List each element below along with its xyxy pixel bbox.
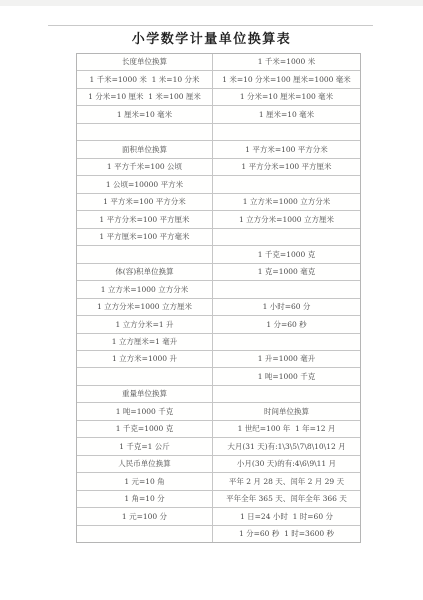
table-cell-left [77, 246, 213, 262]
table-cell-right: 平年 2 月 28 天、闰年 2 月 29 天 [213, 473, 360, 489]
table-cell-left: 1 立方厘米=1 毫升 [77, 334, 213, 350]
table-row: 长度单位换算1 千米=1000 米 [77, 54, 360, 71]
table-row: 1 厘米=10 毫米1 厘米=10 毫米 [77, 106, 360, 123]
table-row: 1 立方米=1000 立方分米 [77, 281, 360, 298]
table-row: 1 千克=1 公斤大月(31 天)有:1\3\5\7\8\10\12 月 [77, 438, 360, 455]
table-cell-right [213, 124, 360, 140]
table-cell-left: 人民币单位换算 [77, 456, 213, 472]
table-row: 1 立方厘米=1 毫升 [77, 334, 360, 351]
table-cell-left: 1 厘米=10 毫米 [77, 106, 213, 122]
table-row: 1 分米=10 厘米 1 米=100 厘米1 分米=10 厘米=100 毫米 [77, 89, 360, 106]
table-cell-right: 1 千克=1000 克 [213, 246, 360, 262]
table-row: 1 元=10 角平年 2 月 28 天、闰年 2 月 29 天 [77, 473, 360, 490]
table-cell-left: 1 吨=1000 千克 [77, 403, 213, 419]
table-row: 重量单位换算 [77, 386, 360, 403]
table-cell-left: 1 千克=1000 克 [77, 421, 213, 437]
conversion-table: 长度单位换算1 千米=1000 米1 千米=1000 米 1 米=10 分米1 … [76, 53, 361, 543]
table-cell-right: 时间单位换算 [213, 403, 360, 419]
table-cell-right: 1 立方米=1000 立方分米 [213, 194, 360, 210]
table-cell-left [77, 124, 213, 140]
table-row [77, 124, 360, 141]
table-cell-right [213, 334, 360, 350]
table-row: 1 平方米=100 平方分米1 立方米=1000 立方分米 [77, 194, 360, 211]
table-row: 1 吨=1000 千克 [77, 368, 360, 385]
table-cell-right: 1 吨=1000 千克 [213, 368, 360, 384]
table-cell-right: 1 分=60 秒 [213, 316, 360, 332]
table-cell-left: 1 平方千米=100 公顷 [77, 159, 213, 175]
table-cell-right: 大月(31 天)有:1\3\5\7\8\10\12 月 [213, 438, 360, 454]
table-cell-right: 1 克=1000 毫克 [213, 264, 360, 280]
table-row: 1 平方分米=100 平方厘米1 立方分米=1000 立方厘米 [77, 211, 360, 228]
table-row: 1 分=60 秒 1 时=3600 秒 [77, 526, 360, 542]
table-cell-right [213, 229, 360, 245]
table-cell-right: 小月(30 天)的有:4\6\9\11 月 [213, 456, 360, 472]
table-cell-right: 1 平方分米=100 平方厘米 [213, 159, 360, 175]
table-row: 1 平方千米=100 公顷1 平方分米=100 平方厘米 [77, 159, 360, 176]
table-cell-left: 1 元=100 分 [77, 508, 213, 524]
table-row: 1 立方分米=1 升1 分=60 秒 [77, 316, 360, 333]
table-cell-left: 面积单位换算 [77, 141, 213, 157]
table-cell-right: 1 立方分米=1000 立方厘米 [213, 211, 360, 227]
table-cell-right [213, 176, 360, 192]
table-cell-left: 1 千克=1 公斤 [77, 438, 213, 454]
table-cell-right: 1 升=1000 毫升 [213, 351, 360, 367]
table-cell-left: 重量单位换算 [77, 386, 213, 402]
table-row: 1 角=10 分平年全年 365 天、闰年全年 366 天 [77, 491, 360, 508]
table-row: 1 吨=1000 千克时间单位换算 [77, 403, 360, 420]
table-cell-left: 1 立方米=1000 立方分米 [77, 281, 213, 297]
table-cell-right [213, 281, 360, 297]
table-cell-left: 1 公顷=10000 平方米 [77, 176, 213, 192]
table-cell-right: 1 分=60 秒 1 时=3600 秒 [213, 526, 360, 542]
table-row: 1 千克=1000 克1 世纪=100 年 1 年=12 月 [77, 421, 360, 438]
table-cell-right: 1 千米=1000 米 [213, 54, 360, 70]
table-cell-right [213, 386, 360, 402]
table-cell-left: 1 立方分米=1000 立方厘米 [77, 299, 213, 315]
page-title: 小学数学计量单位换算表 [0, 28, 423, 47]
table-cell-left: 1 平方分米=100 平方厘米 [77, 211, 213, 227]
table-row: 人民币单位换算小月(30 天)的有:4\6\9\11 月 [77, 456, 360, 473]
table-cell-left: 1 千米=1000 米 1 米=10 分米 [77, 71, 213, 87]
table-row: 1 立方分米=1000 立方厘米1 小时=60 分 [77, 299, 360, 316]
table-cell-left: 1 元=10 角 [77, 473, 213, 489]
table-cell-left [77, 368, 213, 384]
table-row: 1 平方厘米=100 平方毫米 [77, 229, 360, 246]
table-cell-right: 1 小时=60 分 [213, 299, 360, 315]
table-cell-right: 1 平方米=100 平方分米 [213, 141, 360, 157]
table-cell-left: 1 分米=10 厘米 1 米=100 厘米 [77, 89, 213, 105]
table-row: 1 立方米=1000 升1 升=1000 毫升 [77, 351, 360, 368]
table-cell-left: 1 平方米=100 平方分米 [77, 194, 213, 210]
table-cell-right: 1 米=10 分米=100 厘米=1000 毫米 [213, 71, 360, 87]
table-row: 体(容)积单位换算1 克=1000 毫克 [77, 264, 360, 281]
table-row: 1 元=100 分1 日=24 小时 1 时=60 分 [77, 508, 360, 525]
scan-top-edge [0, 0, 423, 6]
table-cell-left: 体(容)积单位换算 [77, 264, 213, 280]
table-cell-left [77, 526, 213, 542]
table-cell-left: 长度单位换算 [77, 54, 213, 70]
table-cell-right: 平年全年 365 天、闰年全年 366 天 [213, 491, 360, 507]
table-cell-right: 1 厘米=10 毫米 [213, 106, 360, 122]
table-row: 1 公顷=10000 平方米 [77, 176, 360, 193]
table-row: 1 千克=1000 克 [77, 246, 360, 263]
table-row: 面积单位换算1 平方米=100 平方分米 [77, 141, 360, 158]
table-cell-right: 1 分米=10 厘米=100 毫米 [213, 89, 360, 105]
table-cell-left: 1 角=10 分 [77, 491, 213, 507]
table-cell-right: 1 世纪=100 年 1 年=12 月 [213, 421, 360, 437]
page-top-rule [48, 25, 373, 26]
table-cell-left: 1 立方米=1000 升 [77, 351, 213, 367]
table-cell-left: 1 立方分米=1 升 [77, 316, 213, 332]
table-cell-left: 1 平方厘米=100 平方毫米 [77, 229, 213, 245]
table-row: 1 千米=1000 米 1 米=10 分米1 米=10 分米=100 厘米=10… [77, 71, 360, 88]
table-cell-right: 1 日=24 小时 1 时=60 分 [213, 508, 360, 524]
